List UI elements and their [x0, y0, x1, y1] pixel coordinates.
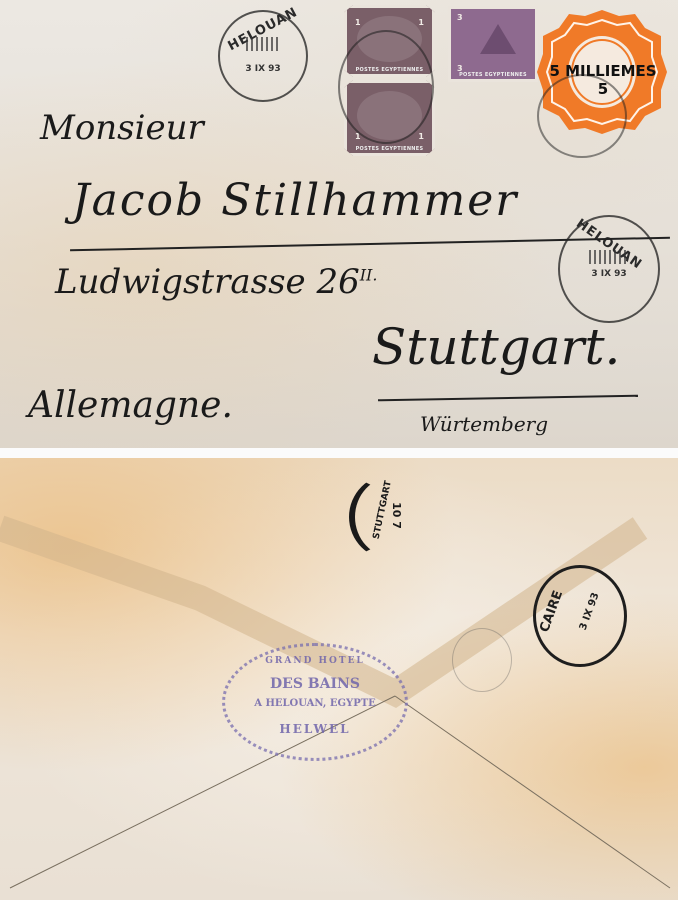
address-city: Stuttgart. — [372, 318, 620, 376]
stamp-inscription: POSTES EGYPTIENNES — [451, 72, 535, 78]
postmark-bars — [246, 37, 280, 51]
stamp-value: 1 — [355, 18, 361, 27]
hotel-cachet: GRAND HOTEL DES BAINS A HELOUAN, EGYPTE … — [222, 643, 408, 761]
faint-postmark — [452, 628, 512, 692]
cachet-line-1: GRAND HOTEL — [225, 656, 405, 666]
helouan-postmark-stamps — [338, 30, 434, 144]
address-street: Ludwigstrasse 26II. — [55, 262, 377, 302]
caire-postmark: CAIRE 3 IX 93 — [533, 565, 627, 667]
stamp-value: 1 — [418, 132, 424, 141]
address-country: Allemagne. — [28, 385, 233, 426]
address-name: Jacob Stillhammer — [72, 175, 518, 226]
cachet-line-2: DES BAINS — [225, 676, 405, 692]
address-region: Würtemberg — [420, 412, 548, 436]
postmark-date: 10 7 — [390, 502, 403, 529]
envelope-back: STUTTGART 10 7 CAIRE 3 IX 93 GRAND HOTEL… — [0, 458, 678, 900]
address-city-underline — [378, 395, 638, 402]
helouan-postmark-left: HELOUAN 3 IX 93 — [218, 10, 308, 102]
stamp-inscription: POSTES EGYPTIENNES — [347, 146, 432, 152]
cachet-line-4: HELWEL — [225, 722, 405, 736]
helouan-postmark-right: HELOUAN 3 IX 93 — [558, 215, 660, 323]
address-salutation: Monsieur — [40, 108, 204, 148]
postmark-bars — [589, 250, 628, 264]
postmark-date: 3 IX 93 — [578, 591, 602, 632]
helouan-postmark-imprint — [537, 74, 627, 158]
panel-divider — [0, 448, 678, 458]
pyramid-icon — [480, 24, 516, 54]
stuttgart-postmark: STUTTGART 10 7 — [349, 474, 435, 560]
stamp-value: 3 — [457, 13, 463, 22]
address-street-text: Ludwigstrasse 26 — [55, 262, 360, 302]
postmark-town: CAIRE — [537, 589, 566, 635]
stamp-value: 1 — [418, 18, 424, 27]
envelope-front: HELOUAN 3 IX 93 1 1 POSTES EGYPTIENNES 1… — [0, 0, 678, 448]
cachet-line-3: A HELOUAN, EGYPTE — [225, 698, 405, 709]
postmark-date: 3 IX 93 — [220, 64, 306, 74]
address-street-suffix: II. — [360, 266, 378, 285]
postmark-date: 3 IX 93 — [560, 269, 658, 279]
stamp-pyramid: 3 3 POSTES EGYPTIENNES — [448, 6, 538, 82]
